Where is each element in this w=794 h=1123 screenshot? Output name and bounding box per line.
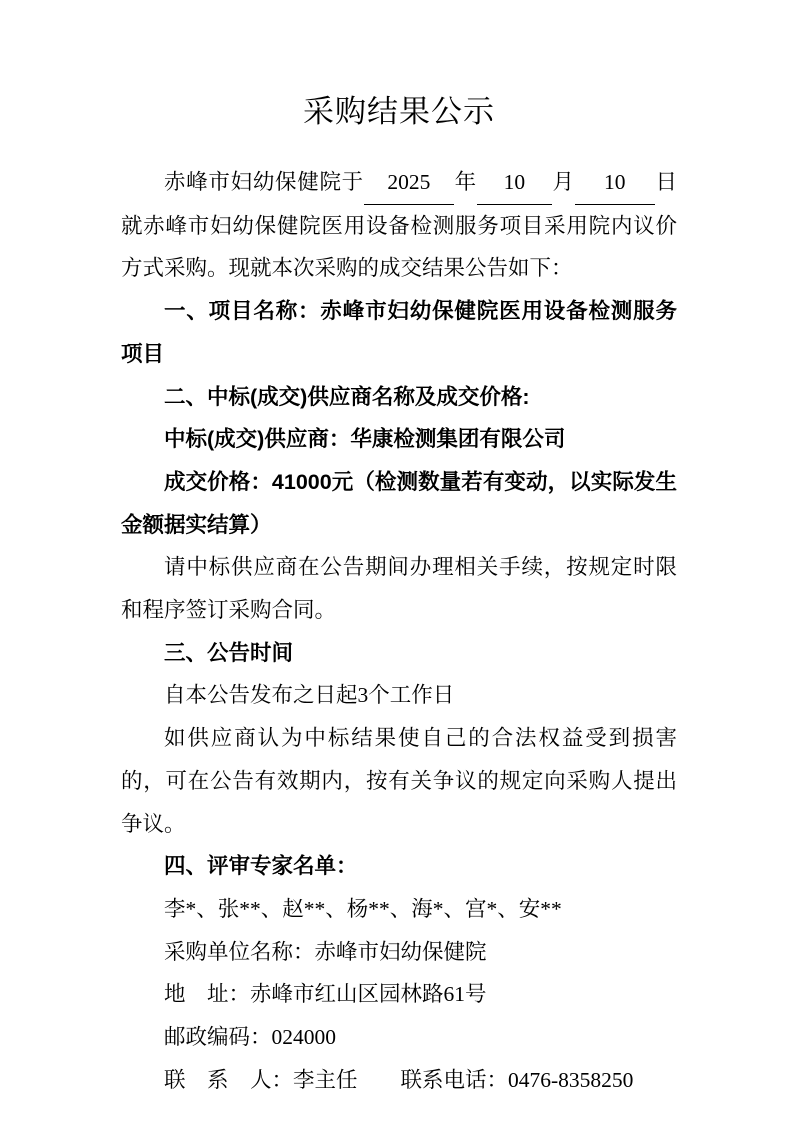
day-blank: 10 [575, 161, 655, 205]
document-page: 采购结果公示 赤峰市妇幼保健院于2025年10月10日就赤峰市妇幼保健院医用设备… [0, 0, 794, 1123]
intro-rest: 就赤峰市妇幼保健院医用设备检测服务项目采用院内议价方式采购。现就本次采购的成交结… [121, 214, 677, 281]
section2-heading: 二、中标(成交)供应商名称及成交价格: [121, 376, 677, 419]
month-blank: 10 [477, 161, 552, 205]
postal-code: 邮政编码：024000 [121, 1016, 677, 1059]
intro-paragraph: 赤峰市妇幼保健院于2025年10月10日就赤峰市妇幼保健院医用设备检测服务项目采… [121, 161, 677, 290]
day-label: 日 [655, 170, 677, 194]
purchaser-address: 地 址：赤峰市红山区园林路61号 [121, 973, 677, 1016]
experts-list: 李*、张**、赵**、杨**、海*、宫*、安** [121, 888, 677, 931]
section1-project-name: 一、项目名称：赤峰市妇幼保健院医用设备检测服务项目 [121, 290, 677, 375]
section4-heading: 四、评审专家名单： [121, 845, 677, 888]
year-label: 年 [454, 170, 477, 194]
contact-line: 联 系 人：李主任 联系电话：0476-8358250 [121, 1059, 677, 1102]
supplier-line: 中标(成交)供应商：华康检测集团有限公司 [121, 418, 677, 461]
page-title: 采购结果公示 [121, 88, 677, 136]
month-label: 月 [552, 170, 575, 194]
section3-heading: 三、公告时间 [121, 632, 677, 675]
price-line: 成交价格：41000元（检测数量若有变动，以实际发生金额据实结算） [121, 461, 677, 546]
purchaser-name: 采购单位名称：赤峰市妇幼保健院 [121, 931, 677, 974]
dispute-clause: 如供应商认为中标结果使自己的合法权益受到损害的，可在公告有效期内，按有关争议的规… [121, 717, 677, 845]
announcement-period: 自本公告发布之日起3个工作日 [121, 674, 677, 717]
contract-notice: 请中标供应商在公告期间办理相关手续，按规定时限和程序签订采购合同。 [121, 546, 677, 631]
intro-lead: 赤峰市妇幼保健院于 [164, 170, 364, 194]
year-blank: 2025 [364, 161, 454, 205]
